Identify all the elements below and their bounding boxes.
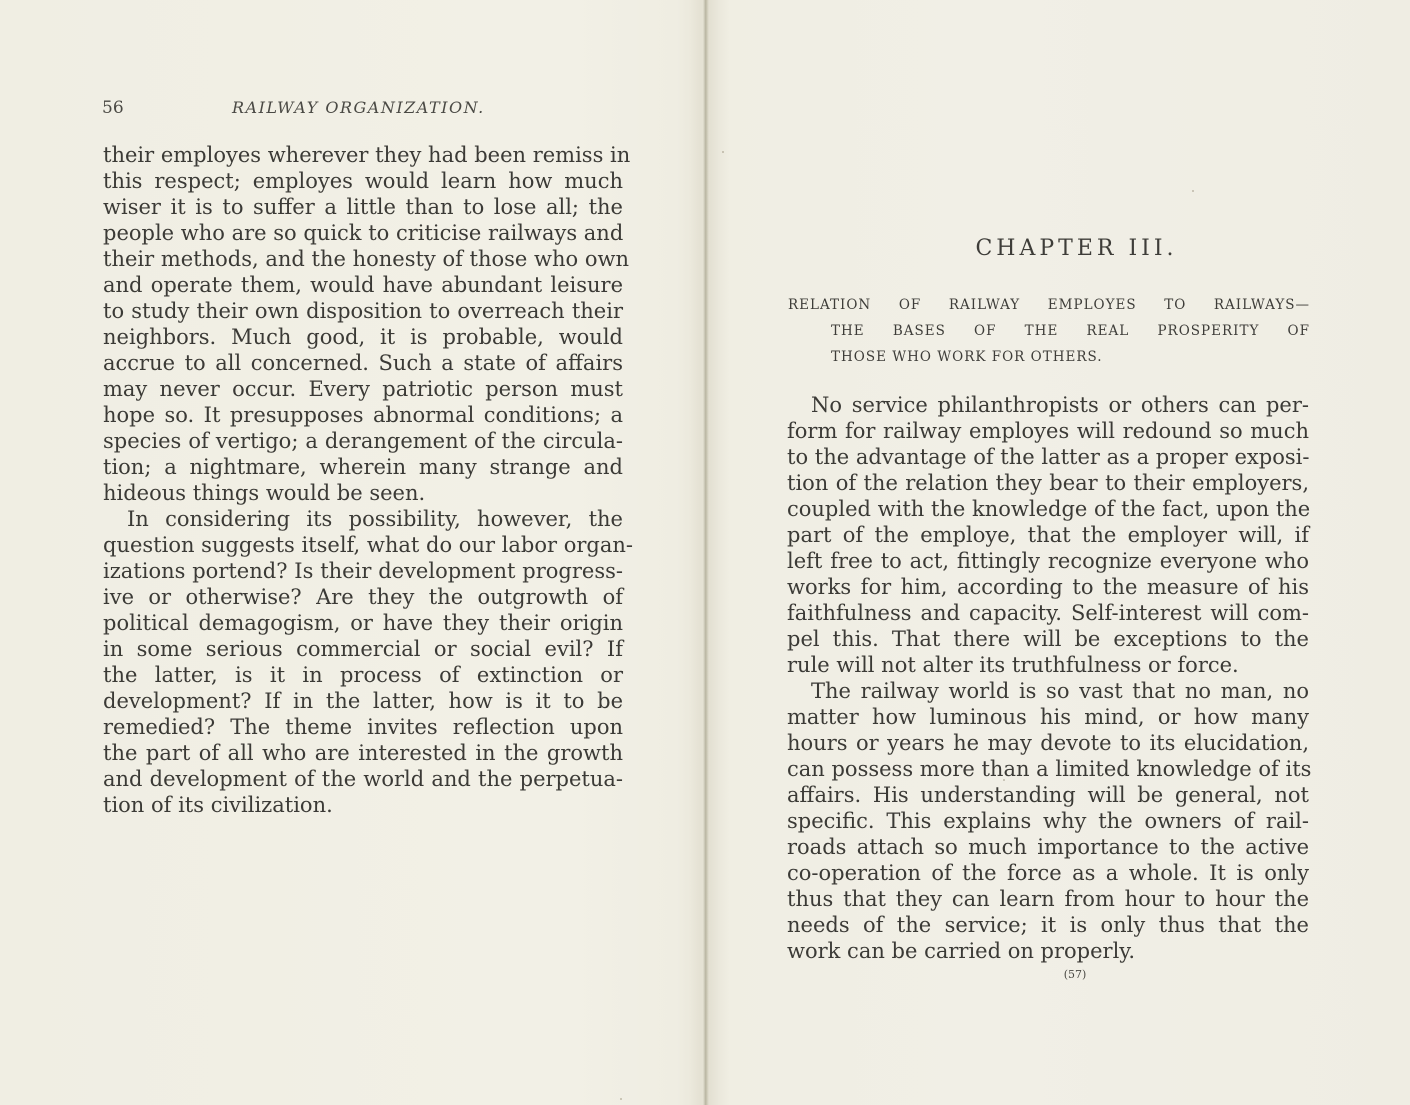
text-line: may never occur. Every patriotic person … [103,376,623,402]
text-line: the part of all who are interested in th… [103,740,623,766]
text-line: ive or otherwise? Are they the outgrowth… [103,584,623,610]
text-line: coupled with the knowledge of the fact, … [787,496,1309,522]
text-line: works for him, according to the measure … [787,574,1309,600]
text-line: roads attach so much importance to the a… [787,834,1309,860]
text-line: their employes wherever they had been re… [103,142,623,168]
page-number: 56 [102,98,124,118]
text-line: can possess more than a limited knowledg… [787,756,1309,782]
paragraph-start-line: The railway world is so vast that no man… [787,678,1309,704]
body-text: No service philanthropists or others can… [787,392,1309,964]
text-line: their methods, and the honesty of those … [103,246,623,272]
text-line: faithfulness and capacity. Self-interest… [787,600,1309,626]
text-line: needs of the service; it is only thus th… [787,912,1309,938]
text-line: matter how luminous his mind, or how man… [787,704,1309,730]
text-line: hideous things would be seen. [103,480,623,506]
text-line: in some serious commercial or social evi… [103,636,623,662]
text-line: hours or years he may devote to its eluc… [787,730,1309,756]
text-line: species of vertigo; a derangement of the… [103,428,623,454]
text-line: to the advantage of the latter as a prop… [787,444,1309,470]
text-line: accrue to all concerned. Such a state of… [103,350,623,376]
text-line: co-operation of the force as a whole. It… [787,860,1309,886]
running-title: RAILWAY ORGANIZATION. [232,98,485,117]
right-page: CHAPTER III. RELATION OF RAILWAY EMPLOYE… [705,0,1410,1105]
text-line: wiser it is to suffer a little than to l… [103,194,623,220]
text-line: people who are so quick to criticise rai… [103,220,623,246]
text-line: specific. This explains why the owners o… [787,808,1309,834]
text-line: hope so. It presupposes abnormal conditi… [103,402,623,428]
text-line: tion; a nightmare, wherein many strange … [103,454,623,480]
paragraph-start-line: No service philanthropists or others can… [787,392,1309,418]
page-number: (57) [705,968,1410,981]
running-head: 56 RAILWAY ORGANIZATION. [102,98,622,126]
text-line: political demagogism, or have they their… [103,610,623,636]
paragraph-start-line: In considering its possibility, however,… [103,506,623,532]
text-line: this respect; employes would learn how m… [103,168,623,194]
chapter-summary: RELATION OF RAILWAY EMPLOYES TO RAILWAYS… [788,292,1310,370]
text-line: thus that they can learn from hour to ho… [787,886,1309,912]
text-line: tion of its civilization. [103,792,623,818]
summary-line: THOSE WHO WORK FOR OTHERS. [831,344,1310,370]
text-line: remedied? The theme invites reflection u… [103,714,623,740]
left-page: 56 RAILWAY ORGANIZATION. their employes … [0,0,705,1105]
text-line: the latter, is it in process of extincti… [103,662,623,688]
text-line: and operate them, would have abundant le… [103,272,623,298]
text-line: tion of the relation they bear to their … [787,470,1309,496]
summary-line: THE BASES OF THE REAL PROSPERITY OF [831,318,1310,344]
text-line: development? If in the latter, how is it… [103,688,623,714]
text-line: izations portend? Is their development p… [103,558,623,584]
text-line: left free to act, fittingly recognize ev… [787,548,1309,574]
text-line: rule will not alter its truthfulness or … [787,652,1309,678]
chapter-title: CHAPTER III. [705,236,1410,261]
text-line: affairs. His understanding will be gener… [787,782,1309,808]
text-line: neighbors. Much good, it is probable, wo… [103,324,623,350]
text-line: to study their own disposition to overre… [103,298,623,324]
text-line: form for railway employes will redound s… [787,418,1309,444]
text-line: part of the employe, that the employer w… [787,522,1309,548]
text-line: work can be carried on properly. [787,938,1309,964]
text-line: question suggests itself, what do our la… [103,532,623,558]
summary-line: RELATION OF RAILWAY EMPLOYES TO RAILWAYS… [788,292,1310,318]
book-spread: 56 RAILWAY ORGANIZATION. their employes … [0,0,1410,1105]
body-text: their employes wherever they had been re… [103,142,623,818]
text-line: and development of the world and the per… [103,766,623,792]
text-line: pel this. That there will be exceptions … [787,626,1309,652]
